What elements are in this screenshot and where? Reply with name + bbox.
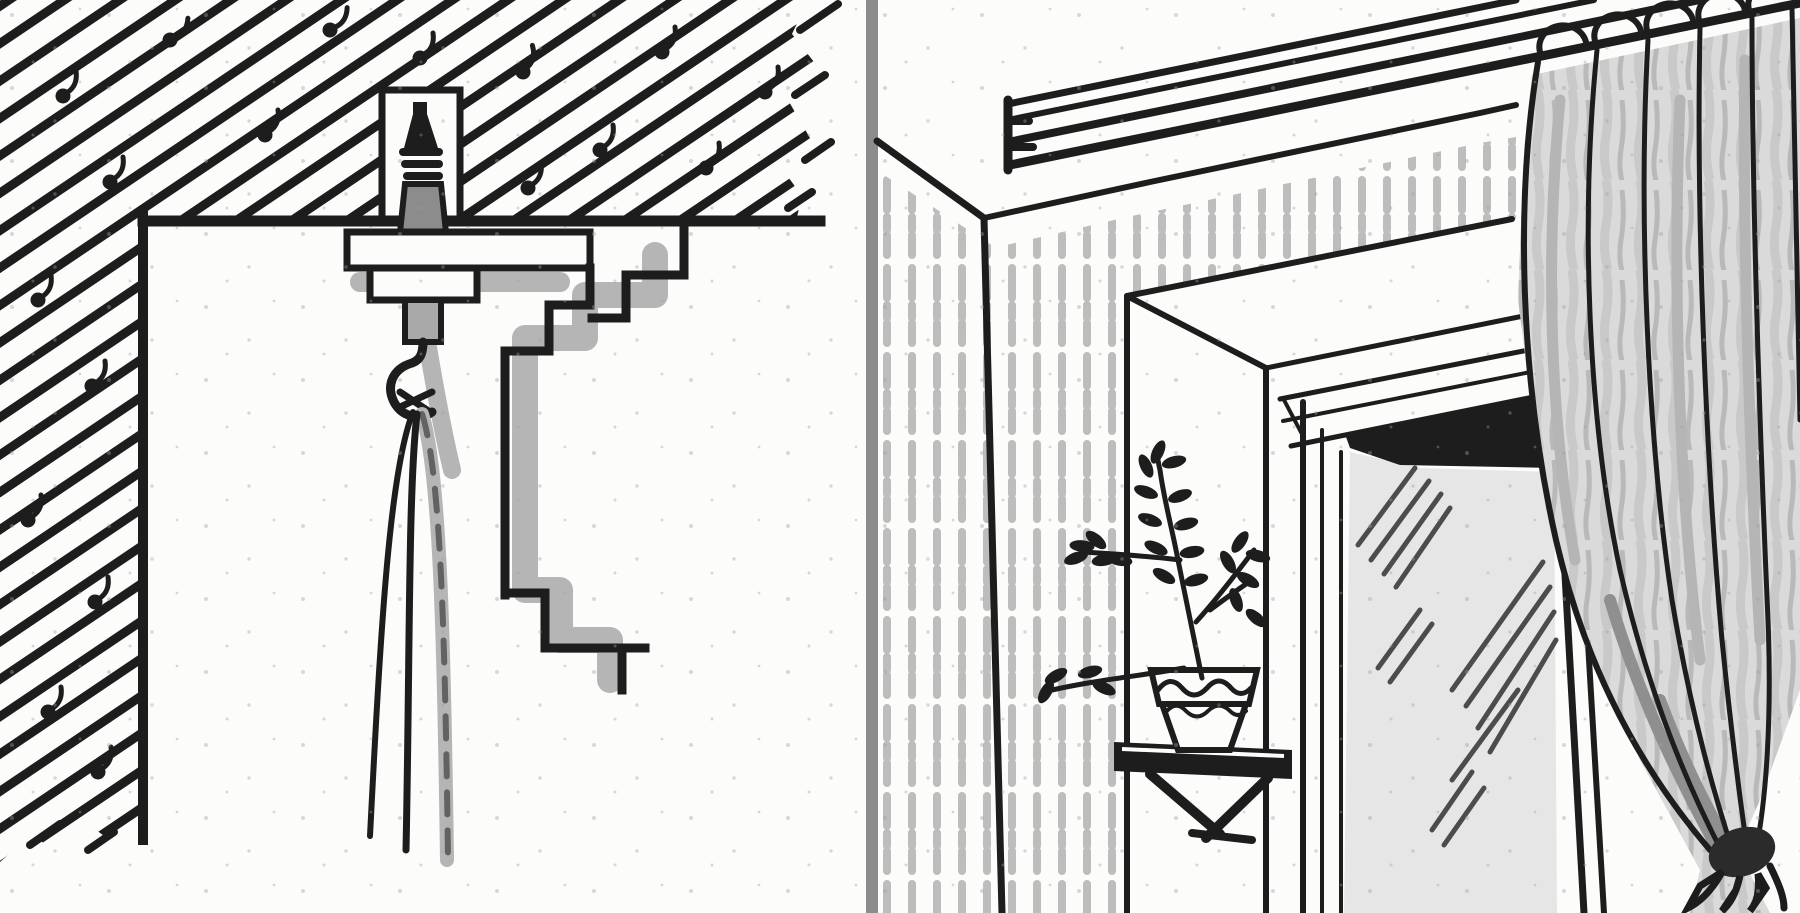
illustration-canvas: Black-and-white magazine drawing showing… bbox=[0, 0, 1800, 913]
paper-grain-overlay bbox=[0, 0, 1800, 913]
illustration-svg: Black-and-white magazine drawing showing… bbox=[0, 0, 1800, 913]
